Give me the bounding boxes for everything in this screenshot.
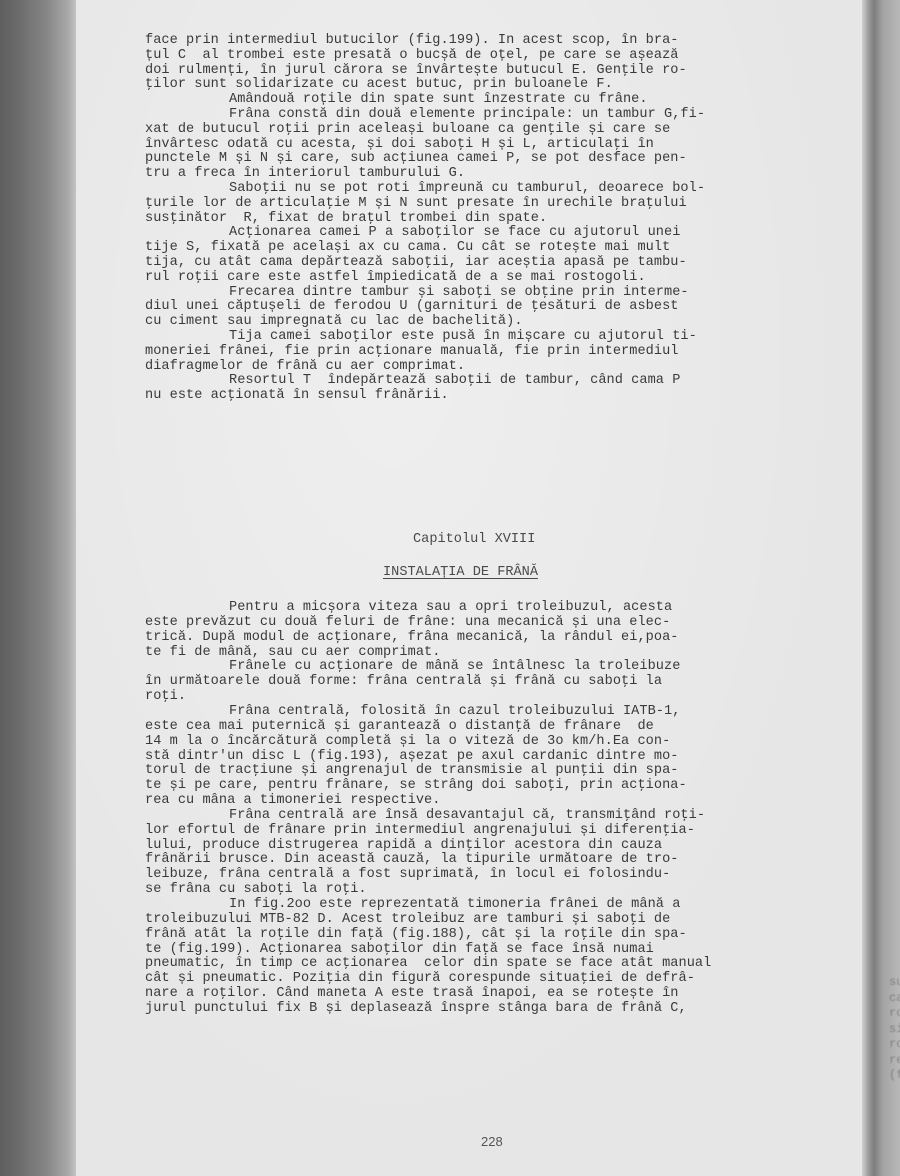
page-number: 228	[481, 1134, 503, 1149]
text-line: te și pe care, pentru frânare, se strâng…	[145, 778, 687, 793]
text-line: stă dintr'un disc L (fig.193), așezat pe…	[145, 749, 679, 764]
adjacent-page-fragment: re	[889, 1053, 900, 1068]
text-line: In fig.2oo este reprezentată timoneria f…	[229, 897, 680, 912]
text-line: nare a roţilor. Când maneta A este trasă…	[145, 986, 679, 1001]
adjacent-page-fragment: ro	[889, 1006, 900, 1021]
chapter-label: Capitolul XVIII	[413, 532, 535, 547]
text-line: lului, produce distrugerea rapidă a dinţ…	[145, 838, 662, 853]
text-line: diul unei căptușeli de ferodou U (garnit…	[145, 299, 679, 314]
chapter-title: INSTALAȚIA DE FRÂNĂ	[383, 565, 538, 580]
text-line: ţurile lor de articulaţie M și N sunt pr…	[145, 196, 687, 211]
text-line: nu este acţionată în sensul frânării.	[145, 388, 449, 403]
text-line: Pentru a micșora viteza sau a opri trole…	[229, 600, 672, 615]
text-line: moneriei frânei, fie prin acţionare manu…	[145, 344, 679, 359]
text-line: diafragmelor de frână cu aer comprimat.	[145, 359, 465, 374]
text-line: rea cu mâna a timoneriei respective.	[145, 793, 440, 808]
scan-left-edge-shadow	[0, 0, 76, 1176]
adjacent-page-fragment: su	[889, 975, 900, 990]
text-line: Frânele cu acţionare de mână se întâlnes…	[229, 659, 680, 674]
text-line: tija, cu atât cama depărtează saboţii, i…	[145, 255, 687, 270]
text-line: țul C al trombei este presată o bucșă de…	[145, 48, 679, 63]
text-line: jurul punctului fix B și deplasează însp…	[145, 1001, 687, 1016]
text-line: Acţionarea camei P a saboţilor se face c…	[229, 225, 680, 240]
text-line: cu ciment sau impregnată cu lac de bache…	[145, 314, 523, 329]
text-line: Frecarea dintre tambur și saboţi se obţi…	[229, 285, 689, 300]
text-line: leibuze, frâna centrală a fost suprimată…	[145, 867, 670, 882]
text-line: roţi.	[145, 689, 186, 704]
text-line: torul de tracţiune și angrenajul de tran…	[145, 763, 679, 778]
text-line: în următoarele două forme: frâna central…	[145, 674, 662, 689]
adjacent-page-fragment: ro	[889, 1037, 900, 1052]
text-line: tru a freca în interiorul tamburului G.	[145, 166, 465, 181]
text-line: se frâna cu saboţi la roţi.	[145, 882, 367, 897]
text-line: Resortul T îndepărtează saboţii de tambu…	[229, 373, 680, 388]
text-line: doi rulmenți, în jurul cărora se învârte…	[145, 63, 687, 78]
text-line: tije S, fixată pe același ax cu cama. Cu…	[145, 240, 670, 255]
text-line: trică. După modul de acţionare, frâna me…	[145, 630, 679, 645]
text-line: 14 m la o încărcătură completă și la o v…	[145, 734, 670, 749]
text-line: Amândouă roțile din spate sunt înzestrat…	[229, 92, 648, 107]
text-line: Tija camei saboţilor este pusă în mișcar…	[229, 329, 697, 344]
text-line: Frâna constă din două elemente principal…	[229, 107, 705, 122]
text-line: te fi de mână, sau cu aer comprimat.	[145, 645, 440, 660]
text-line: susţinător R, fixat de braţul trombei di…	[145, 211, 547, 226]
text-line: frână atât la roţile din faţă (fig.188),…	[145, 927, 687, 942]
adjacent-page-fragment: si	[889, 1022, 900, 1037]
text-line: troleibuzului MTB-82 D. Acest troleibuz …	[145, 912, 670, 927]
text-line: punctele M și N și care, sub acțiunea ca…	[145, 151, 687, 166]
text-line: ţilor sunt solidarizate cu acest butuc, …	[145, 77, 613, 92]
text-line: face prin intermediul butucilor (fig.199…	[145, 33, 679, 48]
text-line: este prevăzut cu două feluri de frâne: u…	[145, 615, 670, 630]
text-line: cât și pneumatic. Poziţia din figură cor…	[145, 971, 695, 986]
text-line: xat de butucul roţii prin aceleași buloa…	[145, 122, 670, 137]
adjacent-page-fragment: (f	[889, 1068, 900, 1083]
text-line: rul roţii care este astfel împiedicată d…	[145, 270, 646, 285]
adjacent-page-fragment: ca	[889, 991, 900, 1006]
text-line: pneumatic, în timp ce acţionarea celor d…	[145, 956, 711, 971]
text-line: lor efortul de frânare prin intermediul …	[145, 823, 695, 838]
text-line: frânării brusce. Din această cauză, la t…	[145, 852, 679, 867]
text-line: Frâna centrală are însă desavantajul că,…	[229, 808, 705, 823]
text-line: este cea mai puternică și garantează o d…	[145, 719, 654, 734]
text-line: Frâna centrală, folosită în cazul trolei…	[229, 704, 680, 719]
text-line: învârtesc odată cu acesta, și doi saboţi…	[145, 137, 654, 152]
text-line: Saboţii nu se pot roti împreună cu tambu…	[229, 181, 705, 196]
text-line: te (fig.199). Acţionarea saboţilor din f…	[145, 942, 654, 957]
